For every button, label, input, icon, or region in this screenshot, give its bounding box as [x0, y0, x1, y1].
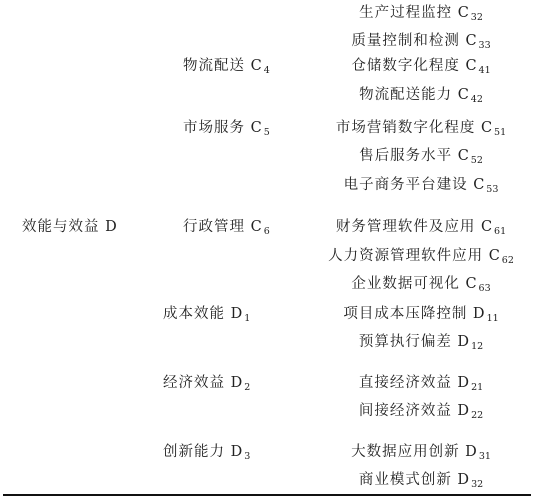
level3-indicator: 企业数据可视化 C63 [316, 275, 526, 298]
level3-indicator-label: 间接经济效益 D [359, 403, 470, 419]
level2-indicator: 物流配送 C4 [183, 57, 270, 80]
level3-indicator: 电子商务平台建设 C53 [316, 176, 526, 199]
level3-indicator-label: 售后服务水平 C [359, 148, 470, 164]
level3-indicator-label: 生产过程监控 C [359, 5, 470, 21]
level3-indicator: 预算执行偏差 D12 [316, 333, 526, 356]
level2-indicator: 创新能力 D3 [163, 443, 250, 466]
level3-indicator-subscript: 42 [471, 94, 483, 105]
level3-indicator-subscript: 53 [486, 184, 498, 195]
level2-indicator-label: 经济效益 D [163, 375, 243, 391]
level3-indicator-subscript: 33 [479, 40, 491, 51]
level3-indicator-subscript: 62 [502, 255, 514, 266]
level2-indicator: 成本效能 D1 [163, 305, 250, 328]
level3-indicator: 项目成本压降控制 D11 [316, 305, 526, 328]
level2-indicator: 市场服务 C5 [183, 119, 270, 142]
level3-indicator-label: 人力资源管理软件应用 C [328, 248, 501, 264]
level3-indicator-subscript: 52 [471, 155, 483, 166]
level3-indicator-subscript: 61 [494, 226, 506, 237]
level3-indicator: 人力资源管理软件应用 C62 [316, 247, 526, 270]
level3-indicator-label: 电子商务平台建设 C [344, 177, 486, 193]
level2-indicator-label: 市场服务 C [183, 120, 263, 136]
level3-indicator-label: 物流配送能力 C [359, 87, 470, 103]
level3-indicator-label: 质量控制和检测 C [351, 33, 477, 49]
level3-indicator-label: 预算执行偏差 D [359, 334, 470, 350]
level2-indicator-subscript: 1 [244, 313, 250, 324]
level3-indicator-subscript: 21 [471, 382, 483, 393]
level3-indicator-label: 财务管理软件及应用 C [336, 219, 493, 235]
level3-indicator-label: 商业模式创新 D [359, 472, 470, 488]
level3-indicator: 仓储数字化程度 C41 [316, 57, 526, 80]
level2-indicator-label: 物流配送 C [183, 58, 263, 74]
level3-indicator-subscript: 22 [471, 410, 483, 421]
level2-indicator-subscript: 3 [244, 451, 250, 462]
level3-indicator: 售后服务水平 C52 [316, 147, 526, 170]
level3-indicator-label: 企业数据可视化 C [351, 276, 477, 292]
level2-indicator-label: 成本效能 D [163, 306, 243, 322]
level3-indicator-subscript: 12 [471, 341, 483, 352]
level2-indicator-label: 行政管理 C [183, 219, 263, 235]
level3-indicator-label: 项目成本压降控制 D [343, 306, 485, 322]
level2-indicator-subscript: 4 [264, 65, 270, 76]
level3-indicator-label: 大数据应用创新 D [351, 444, 478, 460]
level3-indicator: 大数据应用创新 D31 [316, 443, 526, 466]
level3-indicator: 市场营销数字化程度 C51 [316, 119, 526, 142]
level3-indicator: 财务管理软件及应用 C61 [316, 218, 526, 241]
level3-indicator-subscript: 11 [487, 313, 499, 324]
level3-indicator: 商业模式创新 D32 [316, 471, 526, 494]
level3-indicator-subscript: 32 [471, 12, 483, 23]
level3-indicator-subscript: 31 [479, 451, 491, 462]
level3-indicator-label: 市场营销数字化程度 C [336, 120, 493, 136]
level3-indicator-label: 仓储数字化程度 C [351, 58, 477, 74]
level3-indicator-subscript: 63 [479, 283, 491, 294]
level2-indicator: 经济效益 D2 [163, 374, 250, 397]
table-bottom-rule [3, 494, 531, 496]
level2-indicator: 行政管理 C6 [183, 218, 270, 241]
level3-indicator-subscript: 51 [494, 127, 506, 138]
level3-indicator: 生产过程监控 C32 [316, 4, 526, 27]
level3-indicator: 质量控制和检测 C33 [316, 32, 526, 55]
level3-indicator-subscript: 32 [471, 479, 483, 490]
level1-indicator: 效能与效益 D [22, 218, 118, 236]
level2-indicator-subscript: 5 [264, 127, 270, 138]
level2-indicator-subscript: 6 [264, 226, 270, 237]
level3-indicator: 物流配送能力 C42 [316, 86, 526, 109]
level2-indicator-label: 创新能力 D [163, 444, 243, 460]
level2-indicator-subscript: 2 [244, 382, 250, 393]
level3-indicator: 直接经济效益 D21 [316, 374, 526, 397]
level3-indicator: 间接经济效益 D22 [316, 402, 526, 425]
level3-indicator-label: 直接经济效益 D [359, 375, 470, 391]
level3-indicator-subscript: 41 [479, 65, 491, 76]
level1-indicator-label: 效能与效益 D [22, 219, 118, 235]
